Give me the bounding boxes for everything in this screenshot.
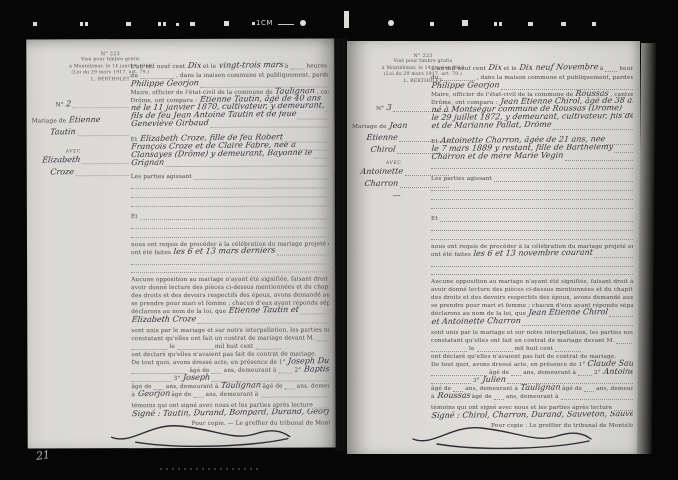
dotted-rule	[614, 404, 633, 411]
ruler: 1CM	[0, 0, 678, 38]
dotted-rule	[260, 390, 329, 397]
form-line: àRoussasâgé deans, demeurant à	[431, 391, 633, 400]
ruler-tick	[224, 21, 229, 26]
form-line	[431, 182, 633, 191]
handwriting-text: Dix	[187, 61, 201, 70]
form-line: déclarons au nom de la loi, queJean Étie…	[431, 308, 633, 317]
dotted-blank	[290, 63, 304, 70]
form-line: Tautin	[32, 127, 129, 136]
form-line	[431, 191, 633, 200]
form-line: et de Marianne Pallat, Drôme	[431, 121, 633, 130]
handwriting-text: 3	[386, 103, 392, 112]
form-line	[431, 222, 633, 231]
printed-small-text: AVEC	[386, 161, 401, 166]
handwriting-text: Élizabeth Croze	[131, 314, 196, 324]
handwriting-text: Croze	[50, 167, 75, 176]
handwriting-text: les 6 et 13 mars derniers	[173, 246, 276, 256]
printed-small-text: AVEC	[66, 149, 81, 154]
form-line: Et	[431, 213, 633, 222]
dotted-rule	[431, 233, 633, 240]
handwriting-text: Étienne	[68, 115, 100, 124]
handwriting-text: —	[392, 191, 401, 200]
handwriting-text: 2	[66, 99, 72, 108]
form-line	[431, 200, 633, 209]
form-line: Élizabeth Croze	[131, 314, 329, 324]
handwriting-text: Grignan	[131, 158, 165, 167]
ruler-cm-dash	[278, 24, 294, 25]
dotted-rule	[440, 215, 633, 222]
printed-form-text: N°	[376, 106, 384, 112]
ruler-tick	[561, 22, 566, 26]
printed-form-text: à	[431, 394, 435, 400]
dotted-rule	[210, 120, 328, 127]
handwriting-text: Georjon	[137, 389, 170, 398]
dotted-rule	[431, 224, 633, 231]
printed-form-text: Mariage de	[352, 124, 387, 130]
ruler-cm-label: 1CM	[256, 19, 273, 27]
form-line	[131, 197, 329, 207]
form-line: témoins qui ont signé avec nous et les p…	[431, 402, 633, 411]
ruler-tick	[33, 22, 37, 26]
dotted-rule	[73, 101, 129, 108]
form-line: ont été faitesles 6 et 13 novembre coura…	[431, 249, 633, 258]
dotted-rule	[131, 199, 329, 207]
form-line: N°2	[31, 99, 128, 108]
handwriting-text: Étienne Tautin et	[228, 305, 299, 314]
handwriting-text: Tautin	[50, 127, 77, 136]
ruler-tick	[388, 20, 394, 26]
dotted-rule	[431, 184, 633, 191]
register-page-right: N° 223Visé pour timbre gratisà Montélima…	[347, 41, 640, 454]
dotted-rule	[198, 316, 330, 323]
handwriting-text: et de Marianne Pallat, Drôme	[431, 121, 552, 130]
dotted-blank	[441, 74, 475, 81]
greffier-signature	[407, 419, 597, 451]
dotted-rule	[522, 319, 633, 326]
dotted-blank	[605, 65, 617, 72]
handwriting-text: Dix neuf Novembre	[519, 63, 599, 72]
dotted-rule	[131, 230, 329, 238]
form-line	[431, 160, 633, 169]
form-line: du, dans la maison commune et publiqueme…	[431, 72, 633, 81]
handwriting-text: Étienne	[366, 133, 398, 142]
dotted-rule	[553, 123, 633, 130]
ruler-tick	[126, 22, 131, 26]
form-line	[431, 231, 633, 240]
ruler-tick	[592, 22, 596, 26]
form-line	[131, 263, 329, 273]
handwriting-text: et Antoinette Charron	[431, 317, 521, 326]
dotted-rule	[75, 169, 128, 176]
form-line: Élizabeth	[32, 155, 129, 164]
form-line: L'an mil neuf centDixet leDix neuf Novem…	[431, 63, 633, 72]
dotted-rule	[166, 159, 329, 167]
ruler-tick	[300, 20, 306, 26]
handwriting-text: Dix	[488, 63, 503, 72]
ruler-tick	[158, 22, 166, 26]
microfilm-frame: 1CM N° 223Visé pour timbre gratisà Monté…	[0, 0, 678, 480]
dotted-rule	[431, 202, 633, 209]
dotted-rule	[431, 268, 633, 275]
dotted-rule	[594, 251, 633, 258]
form-line	[131, 228, 329, 238]
form-line: Les parties agissant	[431, 173, 633, 182]
ruler-tick	[494, 22, 502, 26]
greffier-signature	[106, 417, 296, 450]
printed-form-text: âgé de	[171, 392, 191, 398]
handwriting-text: Roussas	[437, 391, 471, 400]
dotted-blank	[494, 393, 504, 400]
form-line: àGeorjonâgé deans, demeurant à	[132, 388, 330, 398]
form-line: Grignan	[131, 157, 329, 167]
dotted-rule	[431, 162, 633, 169]
handwriting-text: Élizabeth	[42, 155, 81, 164]
handwriting-text: Antoinette	[360, 167, 404, 176]
dotted-rule	[131, 265, 329, 273]
handwriting-text: Chirol	[370, 145, 396, 154]
register-page-left: N° 223Visé pour timbre gratisà Montélima…	[26, 38, 335, 448]
form-line: et Antoinette Charron	[431, 317, 633, 326]
printed-form-text: ans, demeurant à	[205, 392, 258, 398]
frame-number: 21	[35, 448, 50, 463]
printed-form-text: Mariage de	[32, 118, 67, 124]
ruler-tick	[190, 22, 195, 26]
acte-margin: N°2Mariage deÉtienneTautinAVECÉlizabethC…	[31, 39, 129, 448]
printed-form-text: âgé de	[472, 394, 492, 400]
form-line: Croze	[32, 167, 129, 176]
form-line: Geneviève Girbaud	[131, 118, 329, 128]
ruler-tick	[430, 22, 434, 26]
dotted-blank	[193, 391, 203, 398]
handwriting-text: Jean Étienne Chirol	[528, 308, 608, 317]
dotted-rule	[609, 310, 633, 317]
handwriting-text: vingt-trois mars	[218, 60, 284, 69]
form-line	[431, 266, 633, 275]
handwriting-text: les 6 et 13 novembre courant	[473, 249, 593, 258]
form-line: AVEC	[32, 145, 129, 154]
handwriting-text: Jean	[389, 121, 408, 130]
dotted-rule	[82, 157, 129, 164]
printed-form-text: N°	[56, 102, 64, 108]
ruler-tick	[528, 22, 533, 26]
dotted-rule	[561, 393, 633, 400]
dotted-rule	[431, 193, 633, 200]
dotted-rule	[77, 129, 128, 136]
handwriting-text: Charron	[364, 179, 399, 188]
dotted-rule	[315, 401, 330, 408]
form-line: Mariage deÉtienne	[32, 115, 129, 124]
ruler-tick	[462, 20, 468, 26]
page-edge	[637, 43, 656, 454]
printed-form-text: ans, demeurant à	[506, 394, 559, 400]
dotted-rule	[494, 175, 633, 182]
ruler-tick	[80, 22, 88, 26]
ruler-tick	[252, 22, 255, 25]
ruler-tick	[176, 23, 179, 26]
printed-form-text: à	[132, 392, 136, 398]
film-smudge	[160, 468, 260, 470]
ruler-tick	[344, 11, 349, 28]
acte-body: L'an mil neuf centDixet levingt-trois ma…	[130, 38, 328, 39]
handwriting-text: Geneviève Girbaud	[131, 118, 210, 128]
